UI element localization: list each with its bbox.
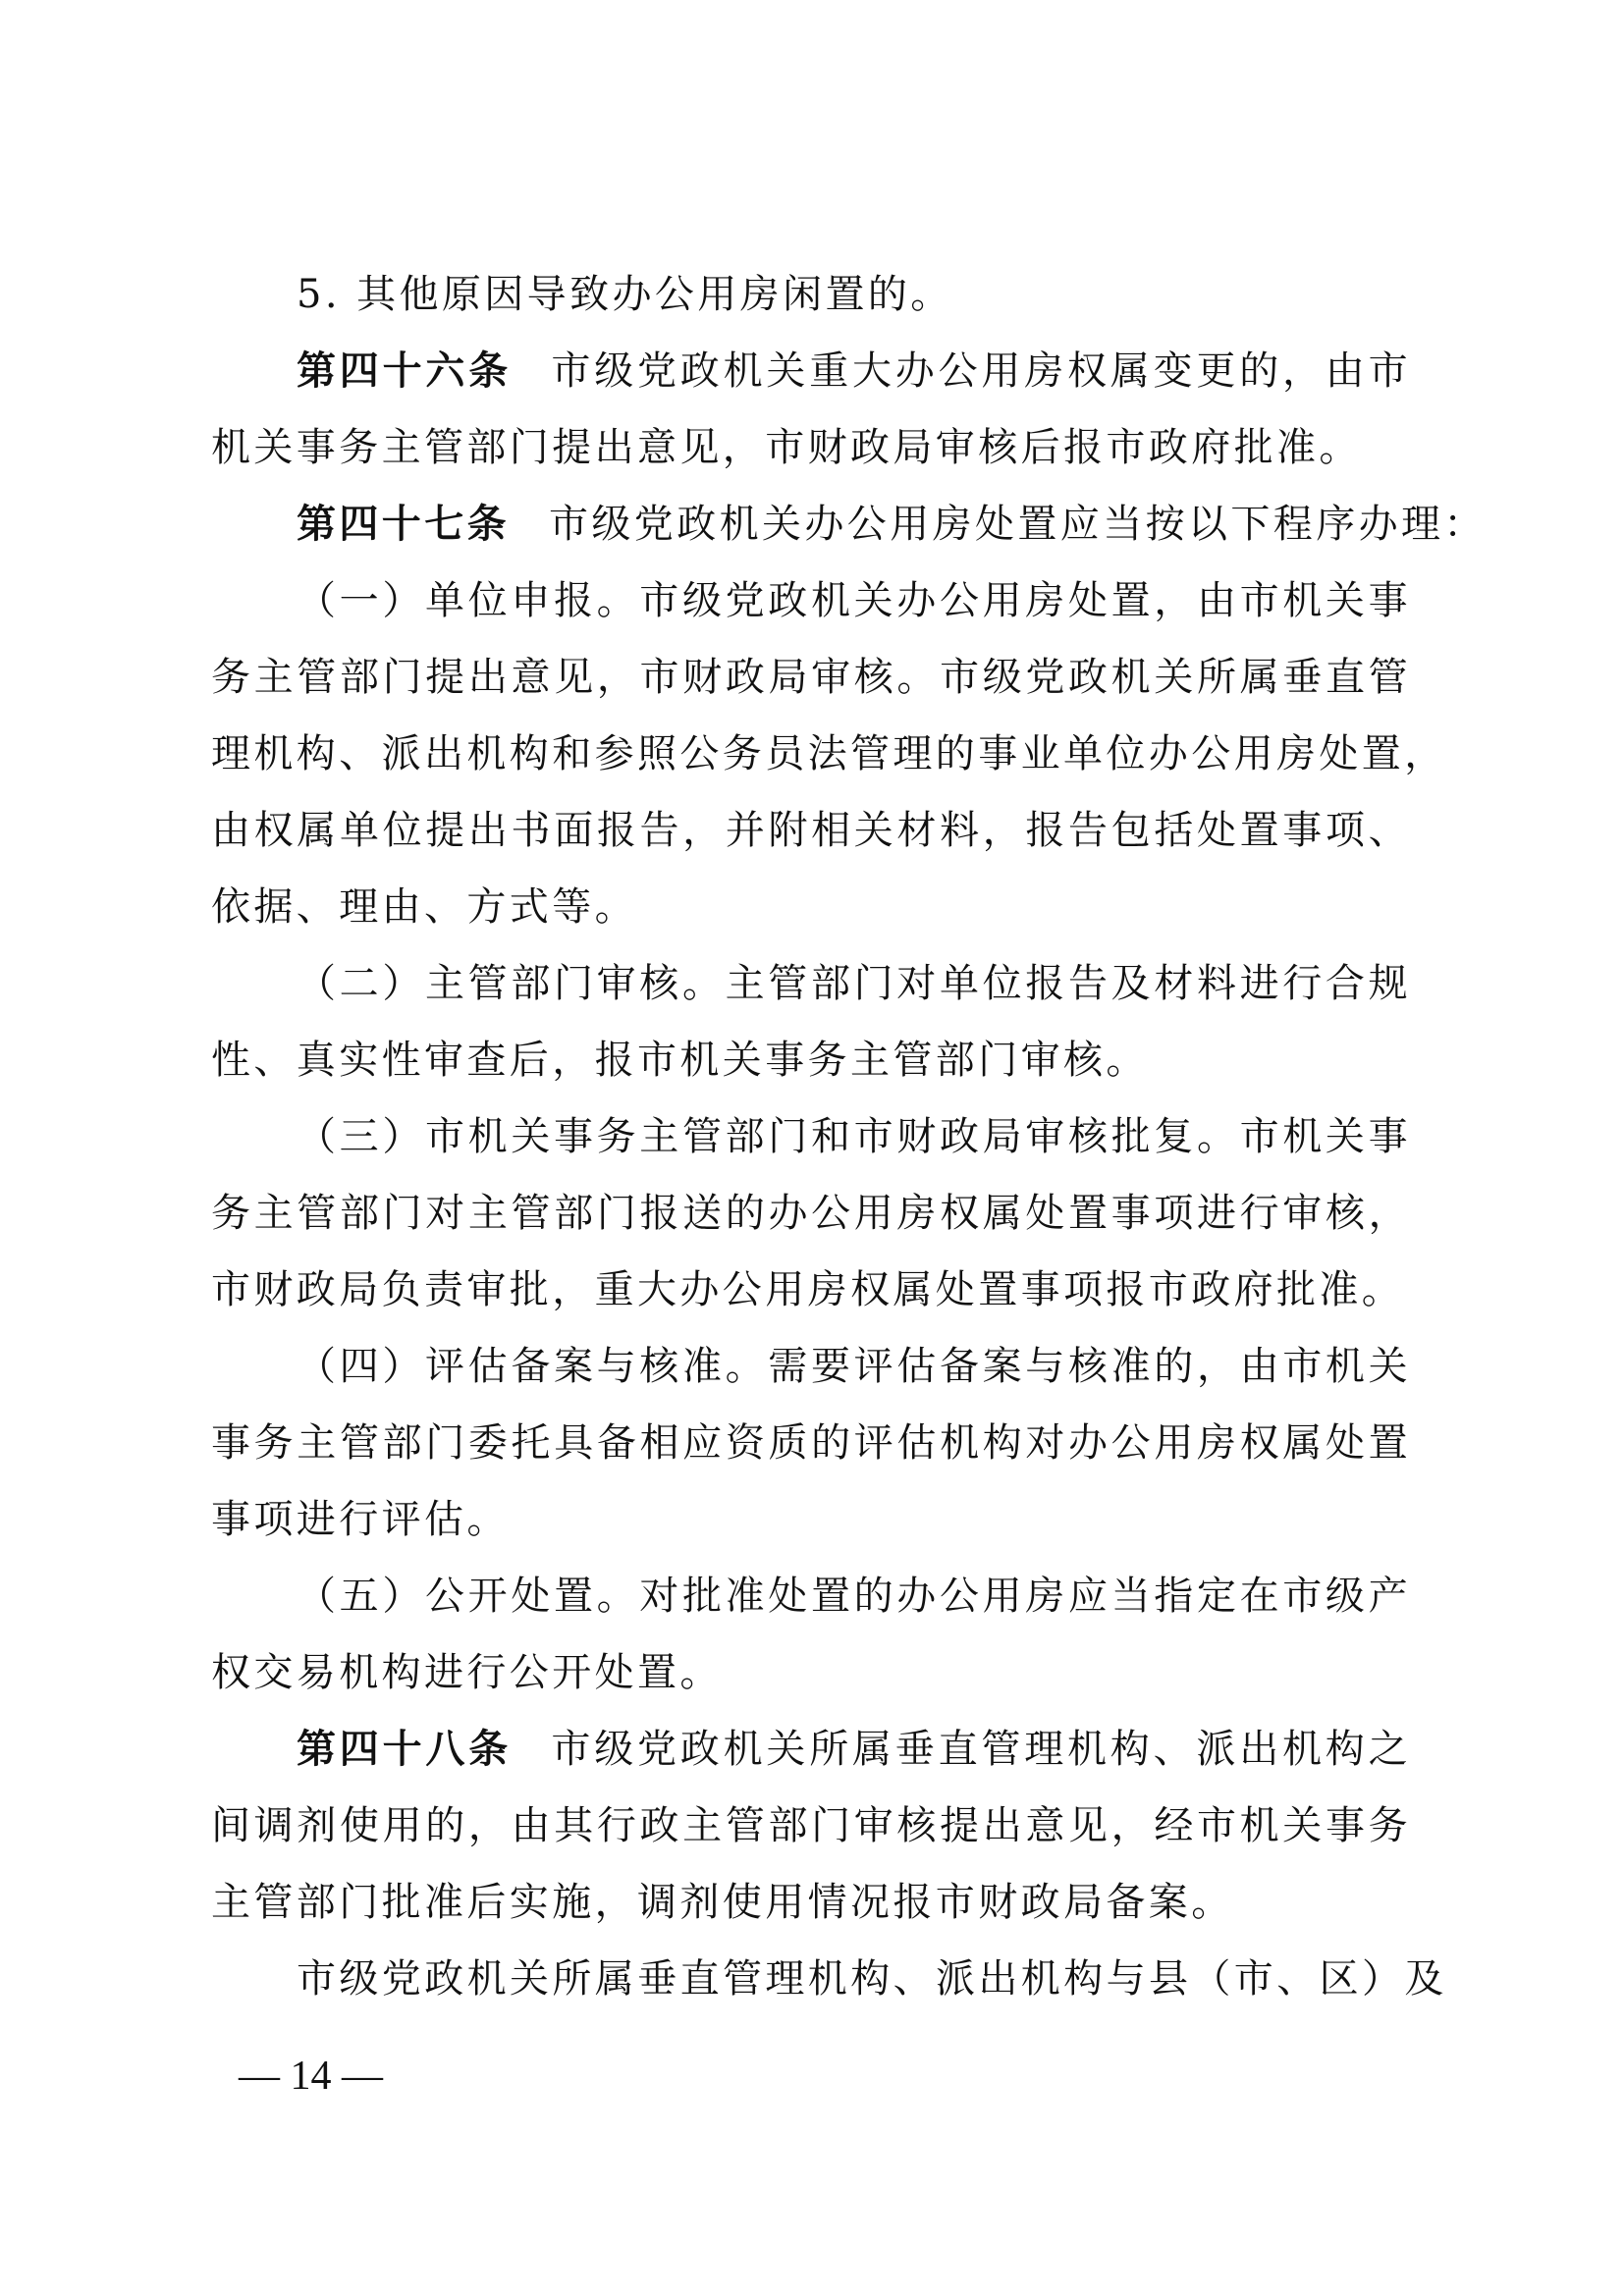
paragraph-line: 间调剂使用的，由其行政主管部门审核提出意见，经市机关事务 [211, 1788, 1411, 1864]
paragraph-line: 主管部门批准后实施，调剂使用情况报市财政局备案。 [211, 1864, 1411, 1941]
line-text: 市级党政机关所属垂直管理机构、派出机构与县（市、区）及 [297, 1956, 1447, 2002]
line-text: 务主管部门提出意见，市财政局审核。市级党政机关所属垂直管 [211, 655, 1411, 700]
line-text: 依据、理由、方式等。 [211, 884, 637, 930]
article-number: 第四十八条 [297, 1726, 512, 1772]
paragraph-line: 机关事务主管部门提出意见，市财政局审核后报市政府批准。 [211, 409, 1411, 486]
paragraph-first-line: 市级党政机关所属垂直管理机构、派出机构与县（市、区）及 [297, 1941, 1411, 2017]
line-text: 主管部门批准后实施，调剂使用情况报市财政局备案。 [211, 1880, 1234, 1925]
article-47-first-line: 第四十七条市级党政机关办公用房处置应当按以下程序办理： [297, 486, 1411, 562]
line-text: （一）单位申报。市级党政机关办公用房处置，由市机关事 [297, 578, 1411, 623]
item-5-first-line: （五）公开处置。对批准处置的办公用房应当指定在市级产 [297, 1558, 1411, 1634]
line-text: （四）评估备案与核准。需要评估备案与核准的，由市机关 [297, 1344, 1411, 1389]
line-text: 性、真实性审查后，报市机关事务主管部门审核。 [211, 1038, 1149, 1083]
line-text: 事项进行评估。 [211, 1497, 510, 1542]
line-text: 权交易机构进行公开处置。 [211, 1650, 723, 1695]
paragraph-line: 市财政局负责审批，重大办公用房权属处置事项报市政府批准。 [211, 1252, 1411, 1328]
line-text: （二）主管部门审核。主管部门对单位报告及材料进行合规 [297, 961, 1411, 1006]
article-48-first-line: 第四十八条市级党政机关所属垂直管理机构、派出机构之 [297, 1711, 1411, 1788]
item-2-first-line: （二）主管部门审核。主管部门对单位报告及材料进行合规 [297, 945, 1411, 1022]
line-text: 理机构、派出机构和参照公务员法管理的事业单位办公用房处置， [211, 731, 1447, 776]
paragraph-line: 权交易机构进行公开处置。 [211, 1634, 1411, 1711]
line-text: 市级党政机关所属垂直管理机构、派出机构之 [551, 1727, 1411, 1772]
line-text: 市级党政机关重大办公用房权属变更的，由市 [551, 348, 1411, 394]
paragraph-line: 事务主管部门委托具备相应资质的评估机构对办公用房权属处置 [211, 1405, 1411, 1481]
paragraph-line: 由权属单位提出书面报告，并附相关材料，报告包括处置事项、 [211, 792, 1411, 869]
item-3-first-line: （三）市机关事务主管部门和市财政局审核批复。市机关事 [297, 1098, 1411, 1175]
line-text: 5. 其他原因导致办公用房闲置的。 [297, 272, 953, 317]
item-4-first-line: （四）评估备案与核准。需要评估备案与核准的，由市机关 [297, 1328, 1411, 1405]
paragraph-line: 理机构、派出机构和参照公务员法管理的事业单位办公用房处置， [211, 716, 1411, 792]
line-text: 市财政局负责审批，重大办公用房权属处置事项报市政府批准。 [211, 1267, 1404, 1312]
paragraph-line: 务主管部门对主管部门报送的办公用房权属处置事项进行审核， [211, 1175, 1411, 1252]
line-text: （三）市机关事务主管部门和市财政局审核批复。市机关事 [297, 1114, 1411, 1159]
line-text: 间调剂使用的，由其行政主管部门审核提出意见，经市机关事务 [211, 1803, 1411, 1848]
article-number: 第四十七条 [297, 501, 510, 547]
line-text: 机关事务主管部门提出意见，市财政局审核后报市政府批准。 [211, 425, 1362, 470]
paragraph-line: 依据、理由、方式等。 [211, 869, 1411, 945]
paragraph-line: 5. 其他原因导致办公用房闲置的。 [297, 256, 1411, 333]
document-page: 5. 其他原因导致办公用房闲置的。 第四十六条市级党政机关重大办公用房权属变更的… [0, 0, 1624, 2296]
article-number: 第四十六条 [297, 347, 512, 394]
line-text: 务主管部门对主管部门报送的办公用房权属处置事项进行审核， [211, 1191, 1411, 1236]
line-text: 市级党政机关办公用房处置应当按以下程序办理： [549, 502, 1487, 547]
article-46-first-line: 第四十六条市级党政机关重大办公用房权属变更的，由市 [297, 333, 1411, 409]
line-text: 事务主管部门委托具备相应资质的评估机构对办公用房权属处置 [211, 1420, 1411, 1466]
line-text: （五）公开处置。对批准处置的办公用房应当指定在市级产 [297, 1574, 1411, 1619]
page-number: — 14 — [239, 2054, 383, 2099]
item-1-first-line: （一）单位申报。市级党政机关办公用房处置，由市机关事 [297, 562, 1411, 639]
paragraph-line: 性、真实性审查后，报市机关事务主管部门审核。 [211, 1022, 1411, 1098]
line-text: 由权属单位提出书面报告，并附相关材料，报告包括处置事项、 [211, 808, 1411, 853]
paragraph-line: 事项进行评估。 [211, 1481, 1411, 1558]
paragraph-line: 务主管部门提出意见，市财政局审核。市级党政机关所属垂直管 [211, 639, 1411, 716]
